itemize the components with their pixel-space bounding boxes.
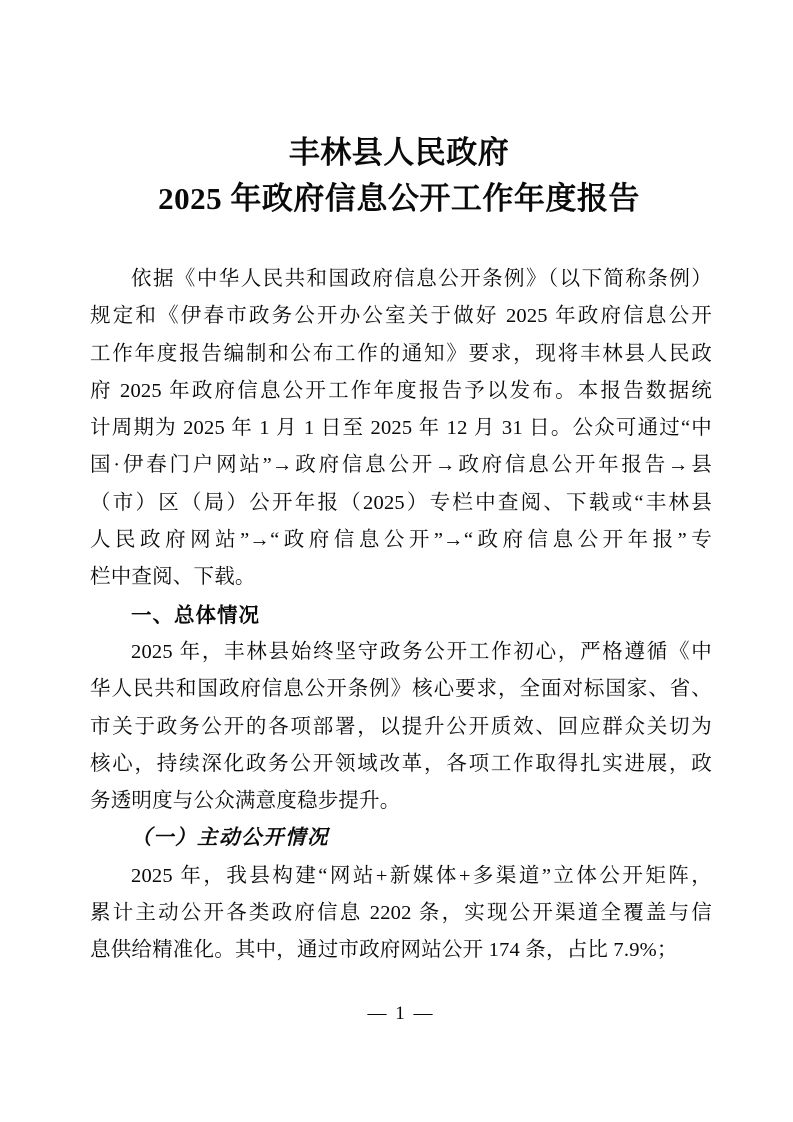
section-heading-overview: 一、总体情况 — [90, 597, 712, 634]
body-line: 府 2025 年政府信息公开工作年度报告予以发布。本报告数据统 — [90, 373, 712, 410]
body-line: 工作年度报告编制和公布工作的通知》要求，现将丰林县人民政 — [90, 336, 712, 373]
body-line: 市关于政务公开的各项部署，以提升公开质效、回应群众关切为 — [90, 709, 712, 746]
subsection1-paragraph: 2025 年，我县构建“网站+新媒体+多渠道”立体公开矩阵， 累计主动公开各类政… — [90, 858, 712, 970]
section1-paragraph: 2025 年，丰林县始终坚守政务公开工作初心，严格遵循《中 华人民共和国政府信息… — [90, 634, 712, 820]
body-line: （市）区（局）公开年报（2025）专栏中查阅、下载或“丰林县 — [90, 485, 712, 522]
document-title-line-1: 丰林县人民政府 — [88, 130, 710, 176]
body-line: 累计主动公开各类政府信息 2202 条，实现公开渠道全覆盖与信 — [90, 895, 712, 932]
document-body: 依据《中华人民共和国政府信息公开条例》（以下简称条例） 规定和《伊春市政务公开办… — [90, 261, 712, 970]
body-line: 国·伊春门户网站”→政府信息公开→政府信息公开年报告→县 — [90, 447, 712, 484]
body-line: 息供给精准化。其中，通过市政府网站公开 174 条，占比 7.9%； — [90, 932, 712, 969]
body-line: 规定和《伊春市政务公开办公室关于做好 2025 年政府信息公开 — [90, 298, 712, 335]
body-line: 核心，持续深化政务公开领域改革，各项工作取得扎实进展，政 — [90, 746, 712, 783]
body-line: 2025 年，丰林县始终坚守政务公开工作初心，严格遵循《中 — [90, 634, 712, 671]
subsection-heading-proactive-disclosure: （一）主动公开情况 — [90, 820, 712, 857]
body-line: 栏中查阅、下载。 — [90, 559, 712, 596]
body-line: 依据《中华人民共和国政府信息公开条例》（以下简称条例） — [90, 261, 712, 298]
intro-paragraph: 依据《中华人民共和国政府信息公开条例》（以下简称条例） 规定和《伊春市政务公开办… — [90, 261, 712, 597]
body-line: 务透明度与公众满意度稳步提升。 — [90, 783, 712, 820]
document-title-line-2: 2025 年政府信息公开工作年度报告 — [88, 176, 710, 222]
document-title: 丰林县人民政府 2025 年政府信息公开工作年度报告 — [88, 130, 710, 222]
document-page: 丰林县人民政府 2025 年政府信息公开工作年度报告 依据《中华人民共和国政府信… — [0, 0, 793, 1122]
body-line: 华人民共和国政府信息公开条例》核心要求，全面对标国家、省、 — [90, 671, 712, 708]
page-number: — 1 — — [90, 1003, 712, 1025]
body-line: 计周期为 2025 年 1 月 1 日至 2025 年 12 月 31 日。公众… — [90, 410, 712, 447]
body-line: 人民政府网站”→“政府信息公开”→“政府信息公开年报”专 — [90, 522, 712, 559]
body-line: 2025 年，我县构建“网站+新媒体+多渠道”立体公开矩阵， — [90, 858, 712, 895]
